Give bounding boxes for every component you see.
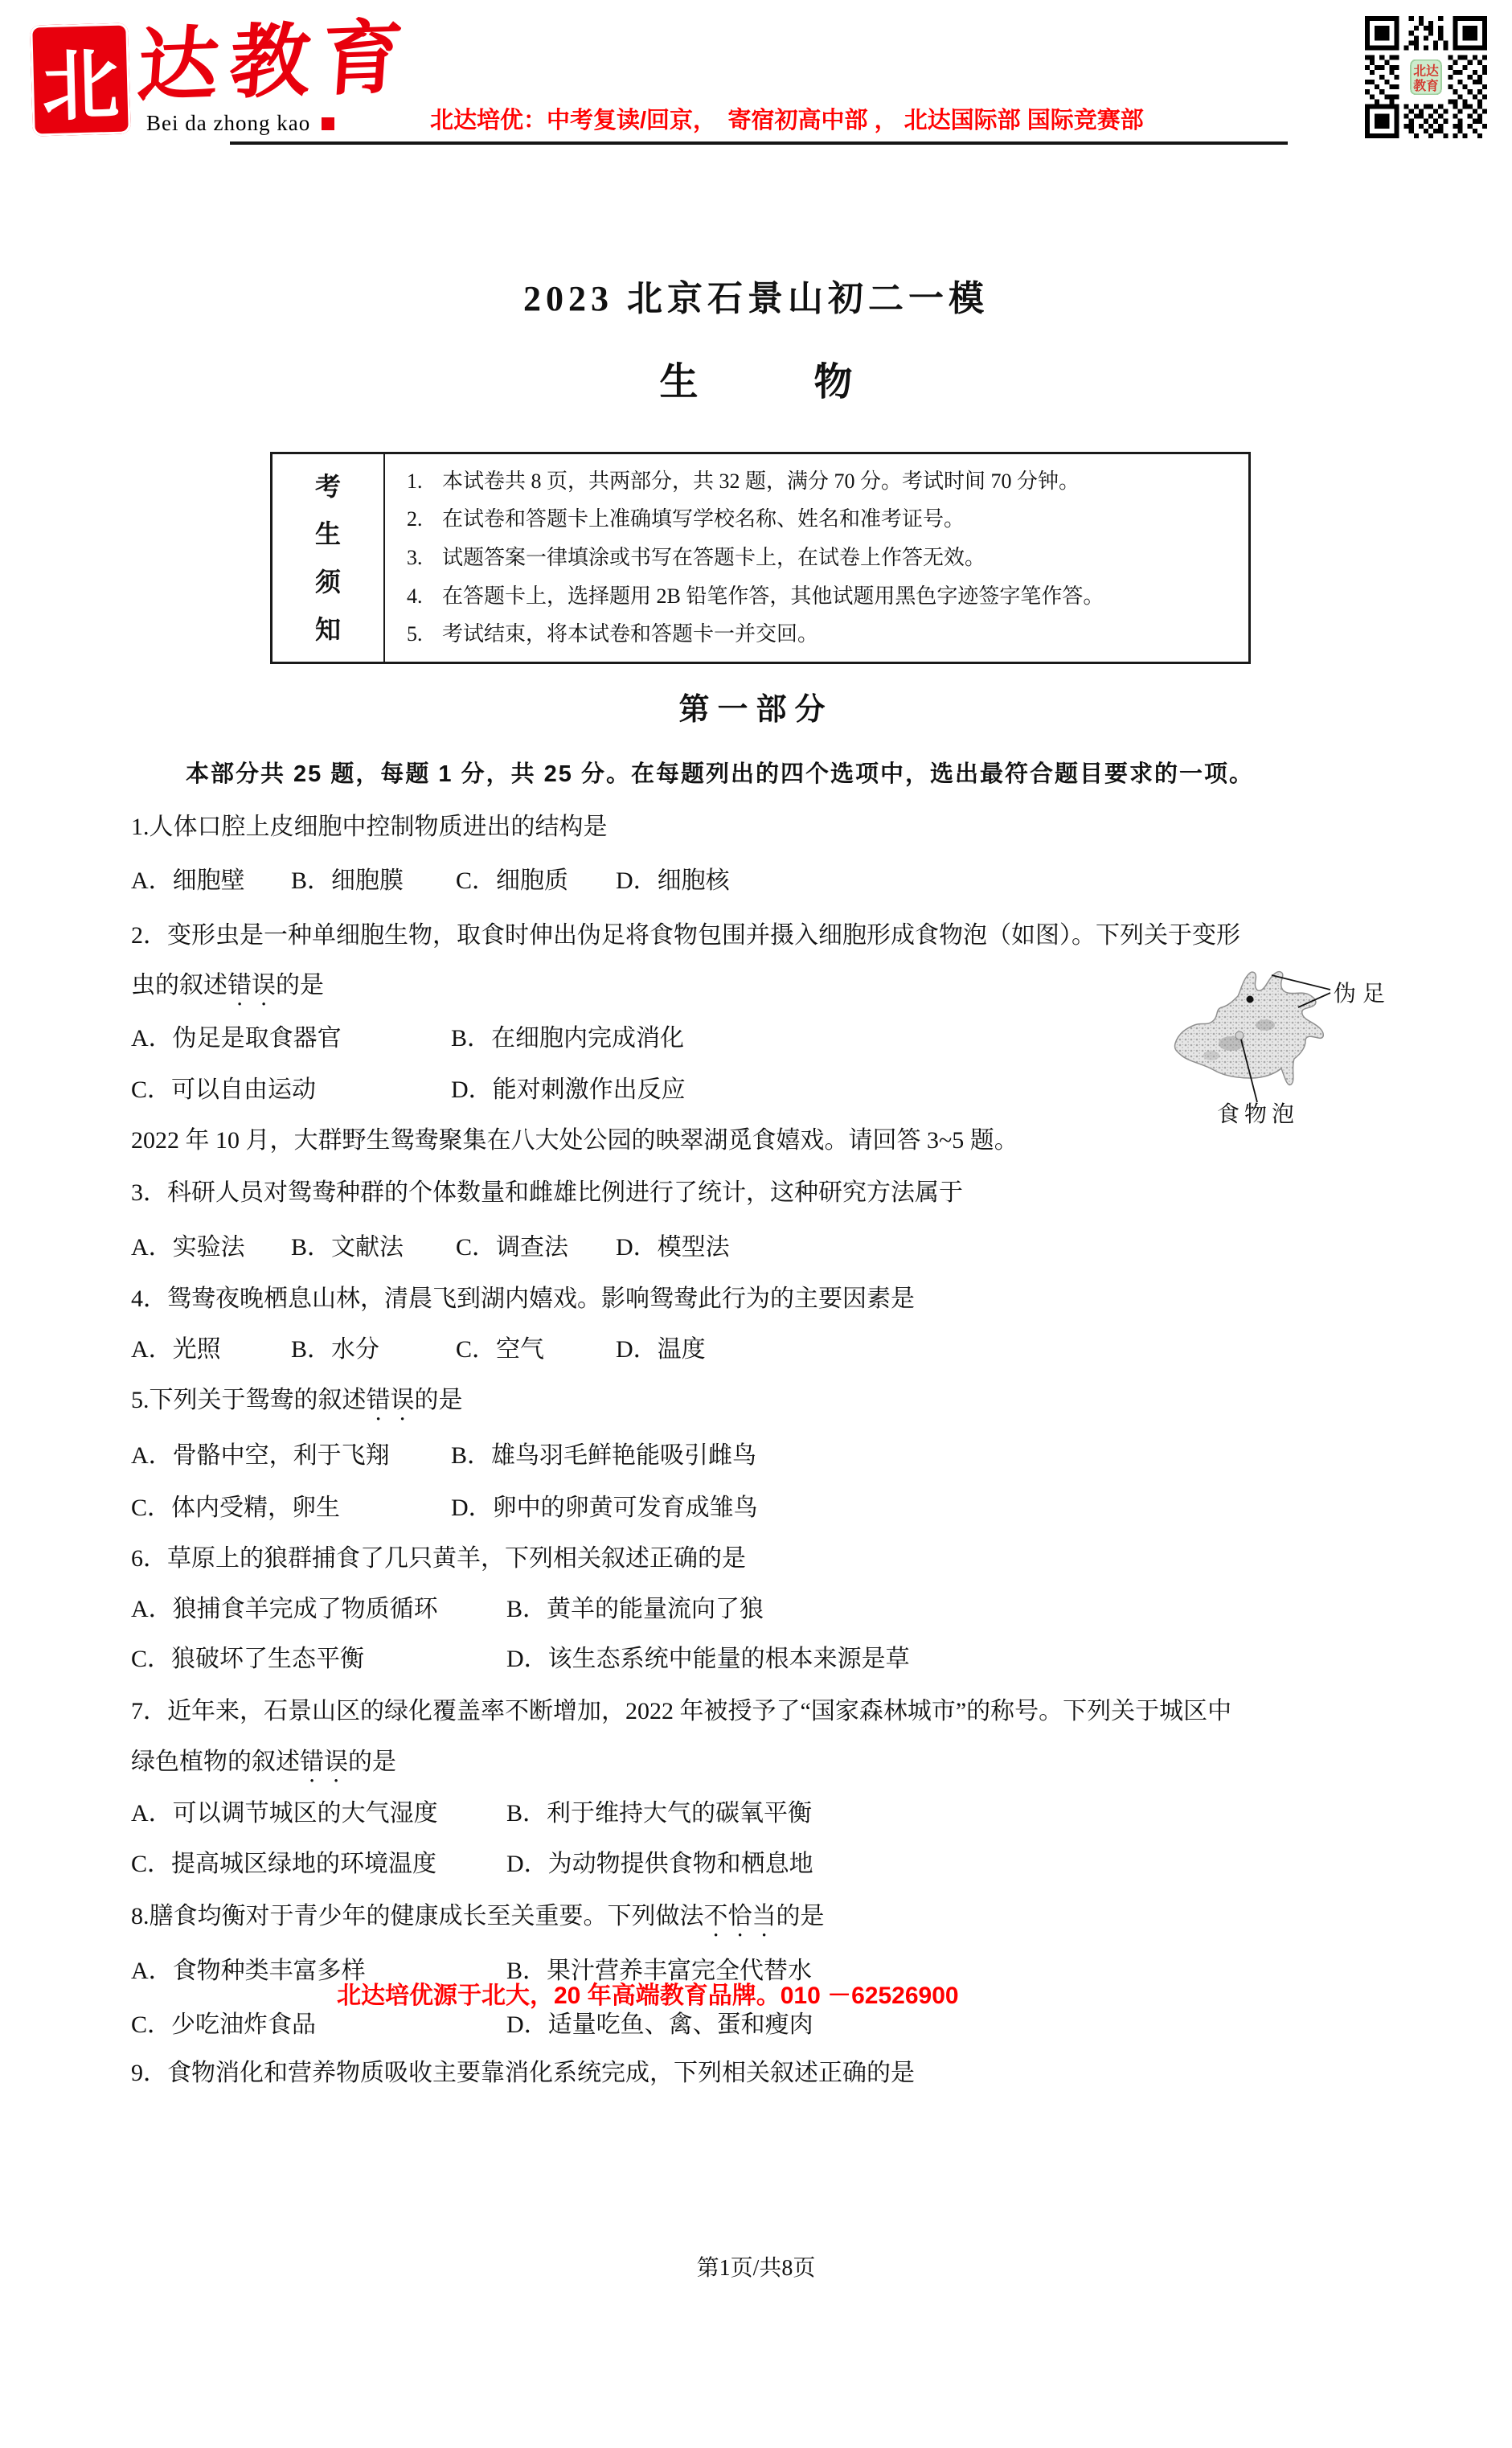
section-intro: 本部分共 25 题，每题 1 分，共 25 分。在每题列出的四个选项中，选出最符…	[186, 760, 1254, 789]
option-c: C．调查法	[456, 1232, 568, 1263]
emphasized-word: 错误	[300, 1749, 348, 1775]
option-b: B．在细胞内完成消化	[451, 1023, 684, 1054]
question-7-stem-line1: 7．近年来，石景山区的绿化覆盖率不断增加，2022 年被授予了“国家森林城市”的…	[131, 1696, 1231, 1727]
notice-side-char: 生	[315, 521, 341, 547]
option-b: B．文献法	[291, 1232, 404, 1263]
brand-calligraphy: 达教育	[135, 18, 416, 108]
qr-sticker-text-1: 北达	[1413, 64, 1439, 79]
notice-side-label: 考 生 须 知	[272, 454, 385, 662]
context-3-5: 2022 年 10 月，大群野生鸳鸯聚集在八大处公园的映翠湖觅食嬉戏。请回答 3…	[131, 1126, 1018, 1156]
option-c: C．狼破坏了生态平衡	[131, 1644, 364, 1675]
option-c: C．可以自由运动	[131, 1075, 316, 1105]
option-c: C．提高城区绿地的环境温度	[131, 1849, 436, 1880]
option-a: A．实验法	[131, 1232, 245, 1263]
option-a: A．骨骼中空，利于飞翔	[131, 1441, 390, 1471]
exam-paper-page: 北 达教育 Bei da zhong kao 北达培优：中考复读/回京， 寄宿初…	[0, 0, 1512, 2448]
question-2-stem-line2: 虫的叙述错误的是	[131, 970, 324, 1011]
option-a: A．光照	[131, 1335, 221, 1365]
stem-text: 绿色植物的叙述	[131, 1749, 300, 1775]
notice-item-number: 3.	[407, 547, 431, 568]
amoeba-figure: 伪足 食物泡	[1167, 959, 1512, 1132]
brand-watermark: 北达培优源于北大，20 年高端教育品牌。010 －62526900	[337, 1984, 959, 2008]
notice-item-text: 试题答案一律填涂或书写在答题卡上，在试卷上作答无效。	[442, 546, 985, 569]
notice-item-4: 4.在答题卡上，选择题用 2B 铅笔作答，其他试题用黑色字迹签字笔作答。	[407, 586, 1240, 607]
option-a: A．狼捕食羊完成了物质循环	[131, 1594, 438, 1625]
option-b: B．雄鸟羽毛鲜艳能吸引雌鸟	[451, 1441, 756, 1471]
option-d: D．卵中的卵黄可发育成雏鸟	[451, 1493, 758, 1523]
option-c: C．空气	[456, 1335, 544, 1365]
stem-text: 的是	[776, 1903, 825, 1929]
option-c: C．少吃油炸食品	[131, 2010, 316, 2040]
option-b: B．利于维持大气的碳氧平衡	[506, 1798, 812, 1829]
option-a: A．伪足是取食器官	[131, 1023, 342, 1054]
option-b: B．细胞膜	[291, 866, 404, 896]
amoeba-nucleus-dot	[1247, 996, 1254, 1003]
notice-item-text: 在答题卡上，选择题用 2B 铅笔作答，其他试题用黑色字迹签字笔作答。	[442, 584, 1104, 608]
emphasized-word: 错误	[367, 1387, 415, 1413]
notice-side-char: 知	[315, 617, 341, 642]
stem-text: 5.下列关于鸳鸯的叙述	[131, 1387, 367, 1413]
notice-item-1: 1.本试卷共 8 页，共两部分，共 32 题，满分 70 分。考试时间 70 分…	[407, 471, 1240, 492]
subject-title: 生 物	[0, 363, 1512, 402]
option-b: B．果汁营养丰富完全代替水	[506, 1956, 812, 1987]
option-b: B．黄羊的能量流向了狼	[506, 1594, 764, 1625]
notice-side-char: 考	[315, 474, 341, 499]
emphasized-word: 不恰当	[704, 1903, 776, 1929]
notice-item-text: 在试卷和答题卡上准确填写学校名称、姓名和准考证号。	[442, 507, 965, 531]
question-3-stem: 3．科研人员对鸳鸯种群的个体数量和雌雄比例进行了统计，这种研究方法属于	[131, 1178, 963, 1208]
stem-text: 的是	[348, 1749, 396, 1775]
amoeba-texture-patch	[1256, 1019, 1275, 1031]
emphasized-word: 错误	[227, 972, 276, 998]
stem-text: 虫的叙述	[131, 972, 227, 998]
pseudopod-label: 伪足	[1334, 981, 1391, 1007]
notice-item-number: 4.	[407, 586, 431, 607]
question-2-stem-line1: 2．变形虫是一种单细胞生物，取食时伸出伪足将食物包围并摄入细胞形成食物泡（如图）…	[131, 921, 1240, 951]
seal-character: 北	[40, 23, 121, 135]
section-heading: 第一部分	[0, 695, 1512, 725]
option-d: D．温度	[616, 1335, 706, 1365]
brand-seal-logo: 北	[30, 23, 131, 136]
stem-text: 8.膳食均衡对于青少年的健康成长至关重要。下列做法	[131, 1903, 704, 1929]
notice-side-char: 须	[315, 569, 341, 595]
question-8-stem: 8.膳食均衡对于青少年的健康成长至关重要。下列做法不恰当的是	[131, 1901, 825, 1942]
notice-item-number: 5.	[407, 624, 431, 645]
candidate-notice-box: 考 生 须 知 1.本试卷共 8 页，共两部分，共 32 题，满分 70 分。考…	[270, 452, 1251, 664]
notice-items: 1.本试卷共 8 页，共两部分，共 32 题，满分 70 分。考试时间 70 分…	[385, 454, 1248, 662]
option-d: D．该生态系统中能量的根本来源是草	[506, 1644, 910, 1675]
option-d: D．细胞核	[616, 866, 730, 896]
option-c: C．体内受精，卵生	[131, 1493, 340, 1523]
header-divider	[230, 141, 1288, 145]
notice-item-text: 本试卷共 8 页，共两部分，共 32 题，满分 70 分。考试时间 70 分钟。	[442, 470, 1080, 493]
option-d: D．能对刺激作出反应	[451, 1075, 686, 1105]
notice-item-5: 5.考试结束，将本试卷和答题卡一并交回。	[407, 624, 1240, 645]
option-b: B．水分	[291, 1335, 379, 1365]
stem-text: 的是	[415, 1387, 463, 1413]
option-d: D．适量吃鱼、禽、蛋和瘦肉	[506, 2010, 813, 2040]
question-9-stem: 9．食物消化和营养物质吸收主要靠消化系统完成，下列相关叙述正确的是	[131, 2058, 915, 2089]
option-c: C．细胞质	[456, 866, 568, 896]
notice-item-2: 2.在试卷和答题卡上准确填写学校名称、姓名和准考证号。	[407, 509, 1240, 530]
option-a: A．可以调节城区的大气湿度	[131, 1798, 438, 1829]
notice-item-number: 2.	[407, 509, 431, 530]
notice-item-3: 3.试题答案一律填涂或书写在答题卡上，在试卷上作答无效。	[407, 547, 1240, 568]
stem-text: 的是	[276, 972, 324, 998]
option-d: D．为动物提供食物和栖息地	[506, 1849, 813, 1880]
question-7-stem-line2: 绿色植物的叙述错误的是	[131, 1747, 396, 1788]
notice-item-text: 考试结束，将本试卷和答题卡一并交回。	[442, 622, 818, 646]
option-a: A．细胞壁	[131, 866, 245, 896]
question-1-stem: 1.人体口腔上皮细胞中控制物质进出的结构是	[131, 812, 608, 843]
amoeba-texture-patch	[1203, 1051, 1219, 1060]
brand-subtitle: Bei da zhong kao	[146, 111, 334, 136]
option-a: A．食物种类丰富多样	[131, 1956, 366, 1987]
food-vacuole-label: 食物泡	[1217, 1101, 1299, 1127]
option-d: D．模型法	[616, 1232, 730, 1263]
notice-item-number: 1.	[407, 471, 431, 492]
question-4-stem: 4．鸳鸯夜晚栖息山林，清晨飞到湖内嬉戏。影响鸳鸯此行为的主要因素是	[131, 1284, 915, 1314]
question-6-stem: 6．草原上的狼群捕食了几只黄羊，下列相关叙述正确的是	[131, 1544, 746, 1574]
red-square-icon	[322, 117, 334, 130]
header-slogan: 北达培优：中考复读/回京， 寄宿初高中部 ， 北达国际部 国际竞赛部	[430, 109, 1144, 133]
exam-title: 2023 北京石景山初二一模	[0, 281, 1512, 317]
food-vacuole-dot	[1235, 1031, 1244, 1039]
qr-sticker-text-2: 教育	[1413, 78, 1439, 93]
question-5-stem: 5.下列关于鸳鸯的叙述错误的是	[131, 1385, 463, 1426]
page-number: 第1页/共8页	[0, 2257, 1512, 2280]
brand-subtitle-text: Bei da zhong kao	[146, 111, 310, 135]
qr-code: 北达 教育	[1365, 16, 1487, 138]
